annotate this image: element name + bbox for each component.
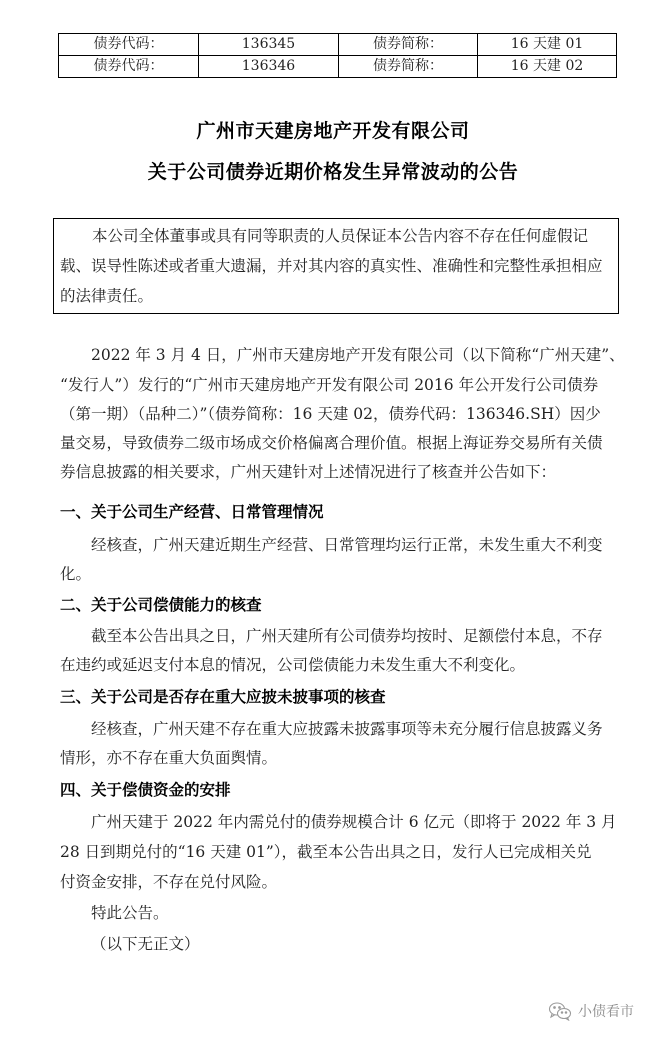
no-more-text-note: （以下无正文）	[91, 934, 200, 954]
paragraph-line: 28 日到期兑付的“16 天建 01”），截至本公告出具之日，发行人已完成相关兑	[60, 842, 592, 862]
paragraph-line: 券信息披露的相关要求，广州天建针对上述情况进行了核查并公告如下：	[60, 462, 556, 482]
paragraph-line: “发行人”）发行的“广州市天建房地产开发有限公司 2016 年公开发行公司债券	[60, 375, 598, 395]
paragraph-line: 经核查，广州天建近期生产经营、日常管理均运行正常，未发生重大不利变	[91, 535, 603, 555]
section-heading: 二、关于公司偿债能力的核查	[60, 595, 262, 615]
bond-info-table: 债券代码： 136345 债券简称： 16 天建 01 债券代码： 136346…	[58, 33, 617, 78]
responsibility-statement-box: 本公司全体董事或具有同等职责的人员保证本公告内容不存在任何虚假记 载、误导性陈述…	[53, 218, 619, 314]
closing-announcement: 特此公告。	[91, 903, 169, 923]
paragraph-line: 广州天建于 2022 年内需兑付的债券规模合计 6 亿元（即将于 2022 年 …	[91, 812, 617, 832]
table-row: 债券代码： 136345 债券简称： 16 天建 01	[59, 34, 617, 56]
wechat-icon	[548, 1001, 572, 1021]
section-heading: 四、关于偿债资金的安排	[60, 780, 231, 800]
section-heading: 三、关于公司是否存在重大应披未披事项的核查	[60, 687, 386, 707]
company-title: 广州市天建房地产开发有限公司	[0, 116, 666, 143]
paragraph-line: 在违约或延迟支付本息的情况，公司偿债能力未发生重大不利变化。	[60, 655, 525, 675]
statement-line: 的法律责任。	[60, 286, 153, 306]
bond-name-label: 债券简称：	[339, 34, 478, 56]
bond-code-label: 债券代码：	[59, 56, 199, 78]
section-heading: 一、关于公司生产经营、日常管理情况	[60, 502, 324, 522]
bond-code-value: 136346	[199, 56, 339, 78]
statement-line: 本公司全体董事或具有同等职责的人员保证本公告内容不存在任何虚假记	[92, 226, 588, 246]
paragraph-line: 化。	[60, 564, 91, 584]
watermark: 小债看市	[548, 1001, 634, 1021]
paragraph-line: 情形，亦不存在重大负面舆情。	[60, 748, 277, 768]
bond-code-value: 136345	[199, 34, 339, 56]
table-row: 债券代码： 136346 债券简称： 16 天建 02	[59, 56, 617, 78]
paragraph-line: 付资金安排，不存在兑付风险。	[60, 872, 277, 892]
paragraph-line: 2022 年 3 月 4 日，广州市天建房地产开发有限公司（以下简称“广州天建”…	[91, 345, 625, 365]
bond-code-label: 债券代码：	[59, 34, 199, 56]
bond-name-label: 债券简称：	[339, 56, 478, 78]
paragraph-line: 截至本公告出具之日，广州天建所有公司债券均按时、足额偿付本息，不存	[91, 626, 603, 646]
announcement-title: 关于公司债券近期价格发生异常波动的公告	[0, 157, 666, 184]
paragraph-line: 量交易，导致债券二级市场成交价格偏离合理价值。根据上海证券交易所有关债	[60, 433, 603, 453]
bond-name-value: 16 天建 02	[478, 56, 617, 78]
statement-line: 载、误导性陈述或者重大遗漏，并对其内容的真实性、准确性和完整性承担相应	[60, 256, 603, 276]
paragraph-line: 经核查，广州天建不存在重大应披露未披露事项等未充分履行信息披露义务	[91, 719, 603, 739]
paragraph-line: （第一期）（品种二）”（债券简称：16 天建 02，债券代码：136346.SH…	[60, 404, 601, 424]
watermark-label: 小债看市	[578, 1001, 634, 1021]
bond-name-value: 16 天建 01	[478, 34, 617, 56]
